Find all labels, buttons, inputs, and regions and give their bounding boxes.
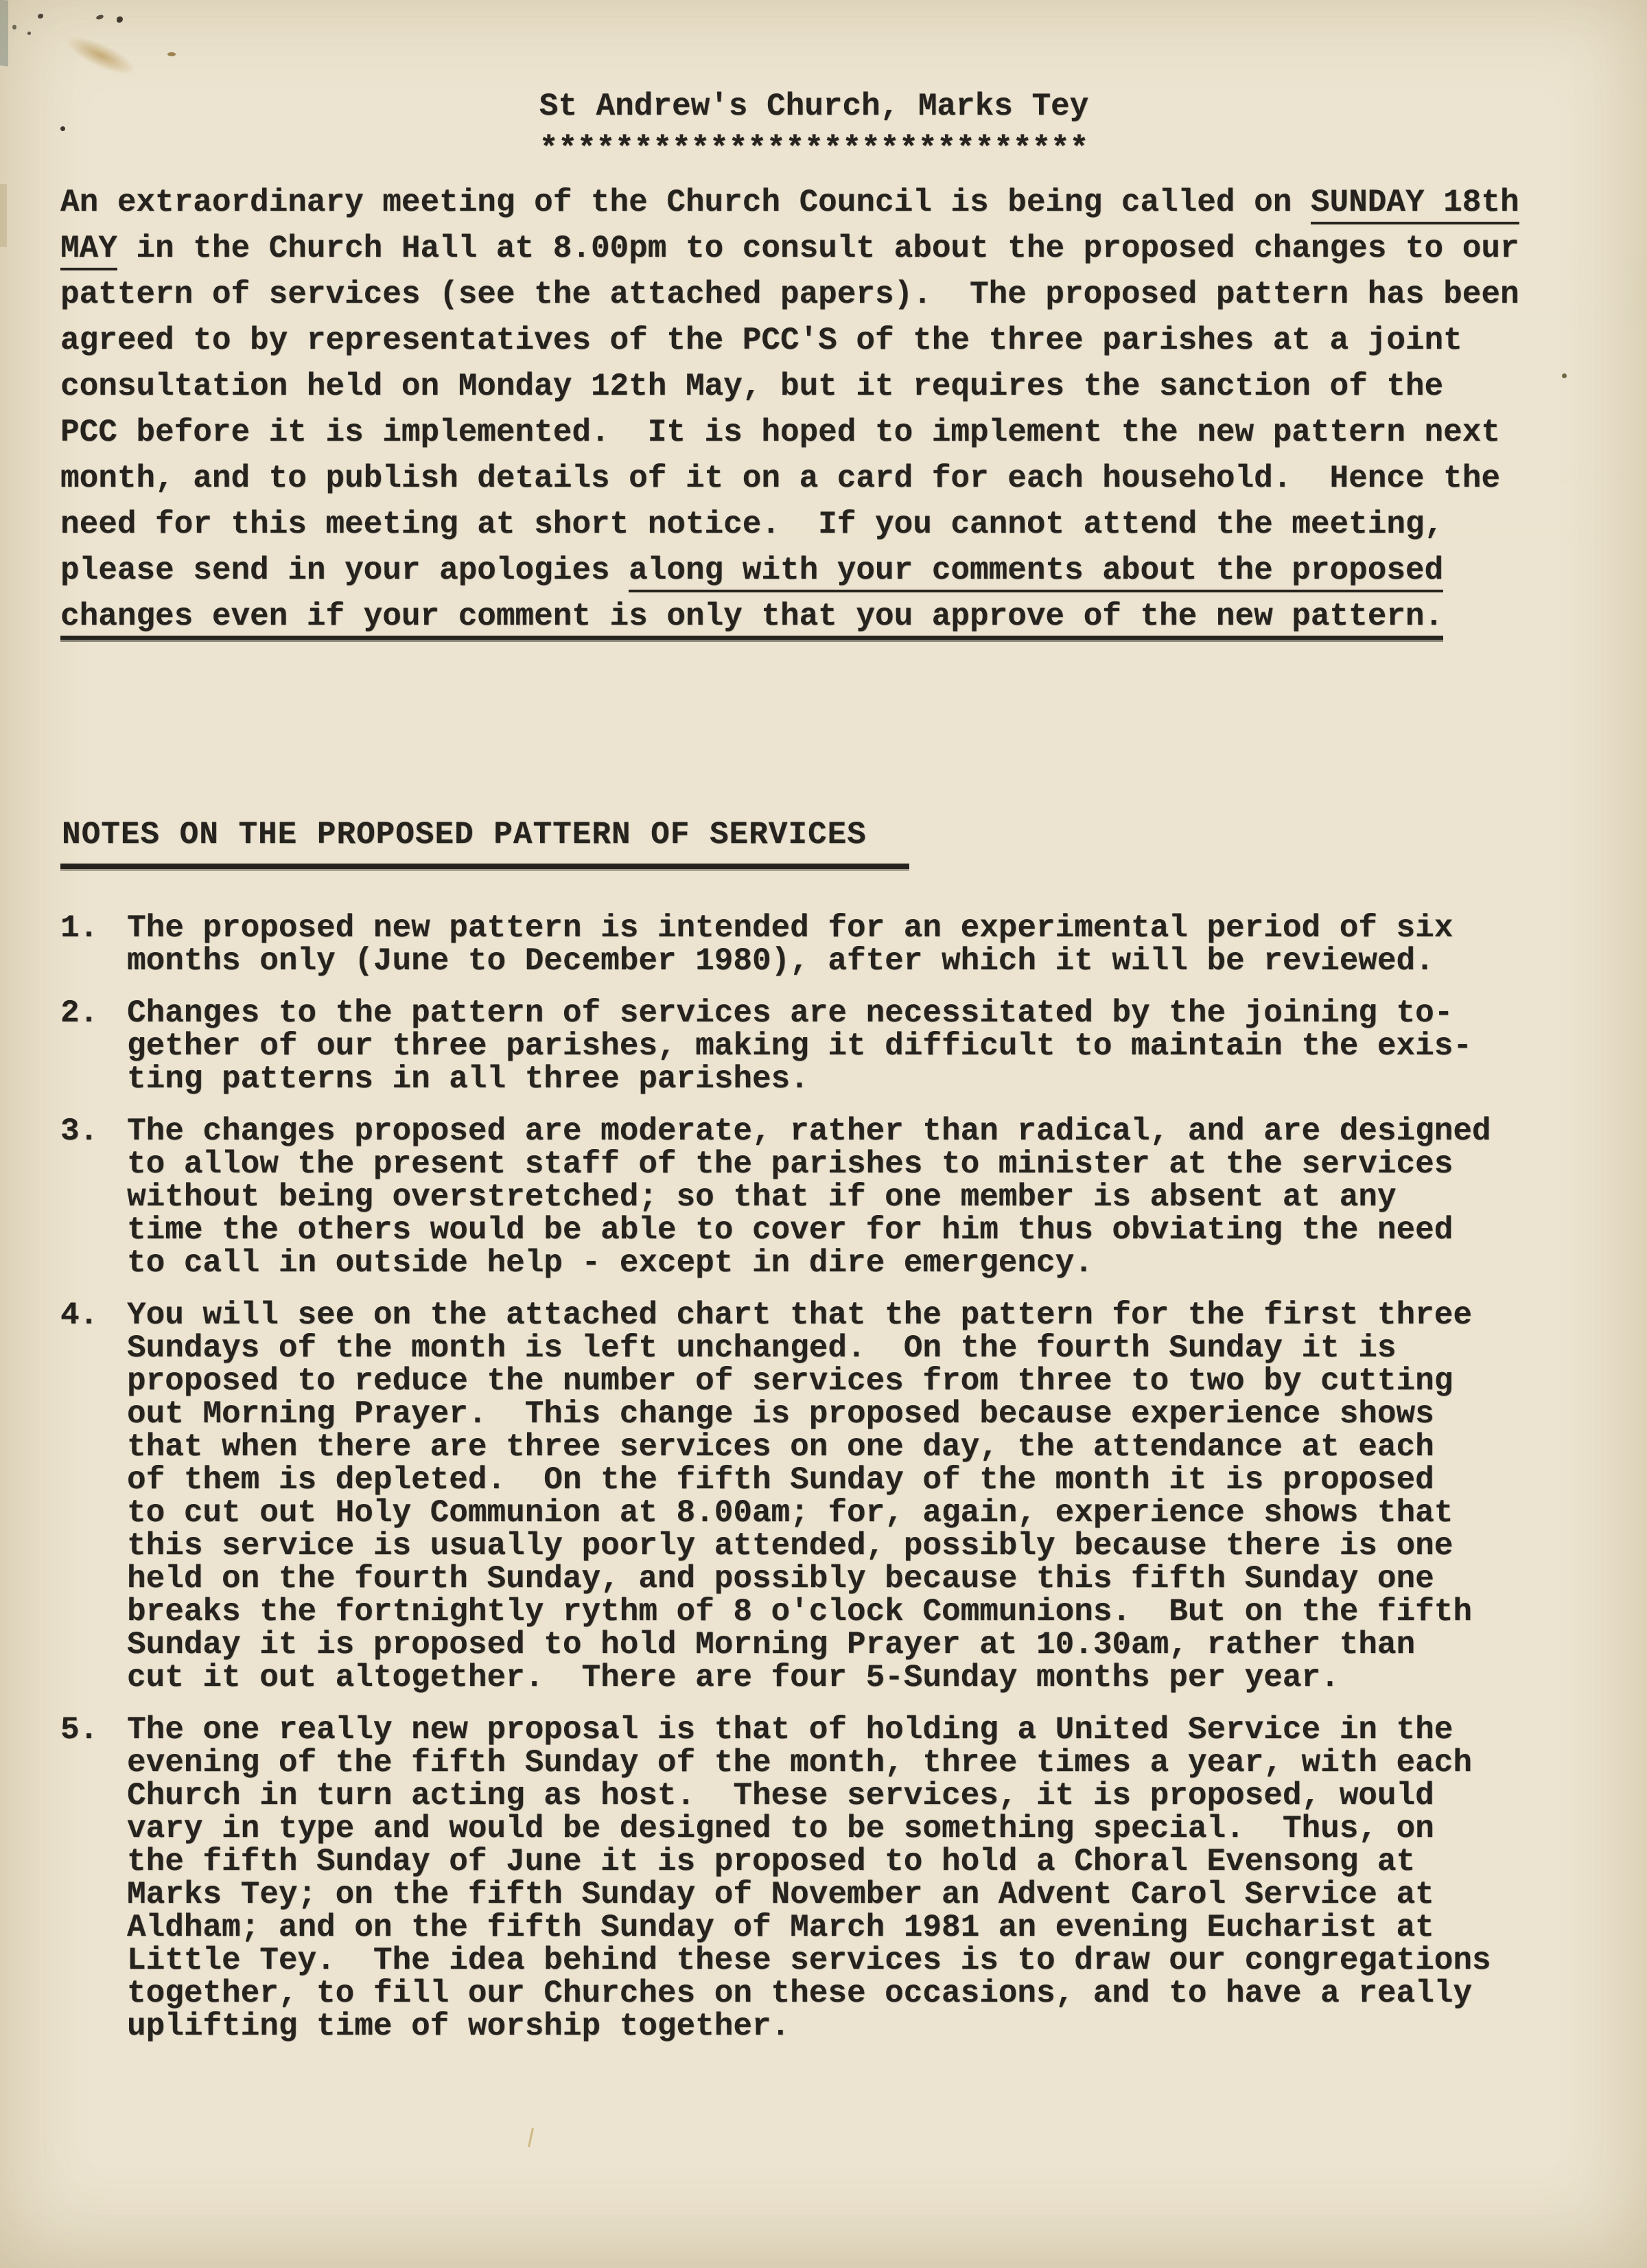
underlined-text: changes even if your comment is only tha… [60, 599, 1443, 640]
intro-line: need for this meeting at short notice. I… [60, 502, 1519, 548]
intro-line: PCC before it is implemented. It is hope… [60, 410, 1519, 456]
text-segment: please send in your apologies [60, 553, 629, 588]
intro-line: An extraordinary meeting of the Church C… [60, 180, 1519, 226]
note-line: breaks the fortnightly rythm of 8 o'cloc… [127, 1595, 1472, 1628]
text-segment: agreed to by representatives of the PCC'… [60, 323, 1462, 358]
intro-line: month, and to publish details of it on a… [60, 456, 1519, 502]
title-block: St Andrew's Church, Marks Tey **********… [0, 85, 1637, 170]
note-number: 1. [60, 912, 127, 977]
ink-speck [117, 16, 123, 23]
paper-speck [1562, 373, 1567, 378]
text-segment: pattern of services (see the attached pa… [60, 277, 1519, 312]
note-line: months only (June to December 1980), aft… [127, 945, 1453, 977]
note-line: of them is depleted. On the fifth Sunday… [127, 1463, 1472, 1496]
note-line: uplifting time of worship together. [127, 2010, 1491, 2043]
note-line: held on the fourth Sunday, and possibly … [127, 1562, 1472, 1595]
note-line: The proposed new pattern is intended for… [127, 912, 1453, 945]
note-body: The changes proposed are moderate, rathe… [127, 1115, 1491, 1280]
note-body: You will see on the attached chart that … [127, 1299, 1472, 1694]
note-item: 5.The one really new proposal is that of… [60, 1713, 1491, 2043]
note-line: to allow the present staff of the parish… [127, 1148, 1491, 1181]
note-item: 3.The changes proposed are moderate, rat… [60, 1115, 1491, 1280]
note-number: 4. [60, 1299, 127, 1694]
page-edge-sliver [0, 0, 8, 67]
text-segment: An extraordinary meeting of the Church C… [60, 185, 1311, 220]
note-line: to cut out Holy Communion at 8.00am; for… [127, 1496, 1472, 1529]
note-item: 1.The proposed new pattern is intended f… [60, 912, 1491, 977]
scanned-document-page: St Andrew's Church, Marks Tey **********… [0, 0, 1647, 2268]
note-line: ting patterns in all three parishes. [127, 1063, 1472, 1096]
note-line: Changes to the pattern of services are n… [127, 997, 1472, 1030]
ink-speck [38, 14, 43, 19]
text-segment: month, and to publish details of it on a… [60, 461, 1500, 496]
intro-line: agreed to by representatives of the PCC'… [60, 318, 1519, 364]
text-segment: PCC before it is implemented. It is hope… [60, 415, 1500, 450]
note-line: The changes proposed are moderate, rathe… [127, 1115, 1491, 1148]
note-line: gether of our three parishes, making it … [127, 1030, 1472, 1063]
note-item: 4.You will see on the attached chart tha… [60, 1299, 1491, 1694]
paper-fiber [528, 2128, 534, 2147]
note-line: cut it out altogether. There are four 5-… [127, 1661, 1472, 1694]
underlined-text: SUNDAY 18th [1311, 185, 1519, 224]
note-line: Marks Tey; on the fifth Sunday of Novemb… [127, 1878, 1491, 1911]
note-line: time the others would be able to cover f… [127, 1214, 1491, 1247]
note-line: without being overstretched; so that if … [127, 1181, 1491, 1214]
intro-line: consultation held on Monday 12th May, bu… [60, 364, 1519, 410]
intro-paragraph: An extraordinary meeting of the Church C… [60, 180, 1519, 640]
note-line: out Morning Prayer. This change is propo… [127, 1398, 1472, 1431]
underlined-text: MAY [60, 231, 117, 270]
note-body: The one really new proposal is that of h… [127, 1713, 1491, 2043]
note-body: Changes to the pattern of services are n… [127, 997, 1472, 1096]
note-line: Church in turn acting as host. These ser… [127, 1779, 1491, 1812]
note-line: Aldham; and on the fifth Sunday of March… [127, 1911, 1491, 1944]
ink-speck [95, 14, 104, 20]
intro-line: changes even if your comment is only tha… [60, 594, 1519, 640]
page-edge-strip [0, 184, 7, 247]
section-heading-wrap: NOTES ON THE PROPOSED PATTERN OF SERVICE… [60, 814, 909, 869]
text-segment: in the Church Hall at 8.00pm to consult … [117, 231, 1519, 266]
paper-stain [62, 29, 140, 82]
note-number: 3. [60, 1115, 127, 1280]
note-line: The one really new proposal is that of h… [127, 1713, 1491, 1746]
note-line: the fifth Sunday of June it is proposed … [127, 1845, 1491, 1878]
title-asterisk-rule: ***************************** [0, 128, 1637, 170]
intro-line: pattern of services (see the attached pa… [60, 272, 1519, 318]
note-line: this service is usually poorly attended,… [127, 1529, 1472, 1562]
note-line: Sunday it is proposed to hold Morning Pr… [127, 1628, 1472, 1661]
note-line: Sundays of the month is left unchanged. … [127, 1332, 1472, 1365]
note-line: together, to fill our Churches on these … [127, 1977, 1491, 2010]
document-title: St Andrew's Church, Marks Tey [0, 85, 1637, 128]
note-item: 2.Changes to the pattern of services are… [60, 997, 1491, 1096]
note-line: proposed to reduce the number of service… [127, 1365, 1472, 1398]
text-segment: need for this meeting at short notice. I… [60, 507, 1443, 542]
intro-line: MAY in the Church Hall at 8.00pm to cons… [60, 226, 1519, 272]
note-line: that when there are three services on on… [127, 1431, 1472, 1463]
section-heading: NOTES ON THE PROPOSED PATTERN OF SERVICE… [60, 814, 909, 869]
note-body: The proposed new pattern is intended for… [127, 912, 1453, 977]
note-line: Little Tey. The idea behind these servic… [127, 1944, 1491, 1977]
note-number: 2. [60, 997, 127, 1096]
ink-speck [27, 32, 31, 35]
intro-line: please send in your apologies along with… [60, 548, 1519, 594]
note-line: vary in type and would be designed to be… [127, 1812, 1491, 1845]
note-line: evening of the fifth Sunday of the month… [127, 1746, 1491, 1779]
note-number: 5. [60, 1713, 127, 2043]
note-line: You will see on the attached chart that … [127, 1299, 1472, 1332]
paper-stain [167, 52, 176, 56]
notes-list: 1.The proposed new pattern is intended f… [60, 912, 1491, 2062]
text-segment: consultation held on Monday 12th May, bu… [60, 369, 1443, 404]
underlined-text: along with your comments about the propo… [629, 553, 1443, 592]
ink-speck [12, 25, 16, 30]
note-line: to call in outside help - except in dire… [127, 1247, 1491, 1280]
